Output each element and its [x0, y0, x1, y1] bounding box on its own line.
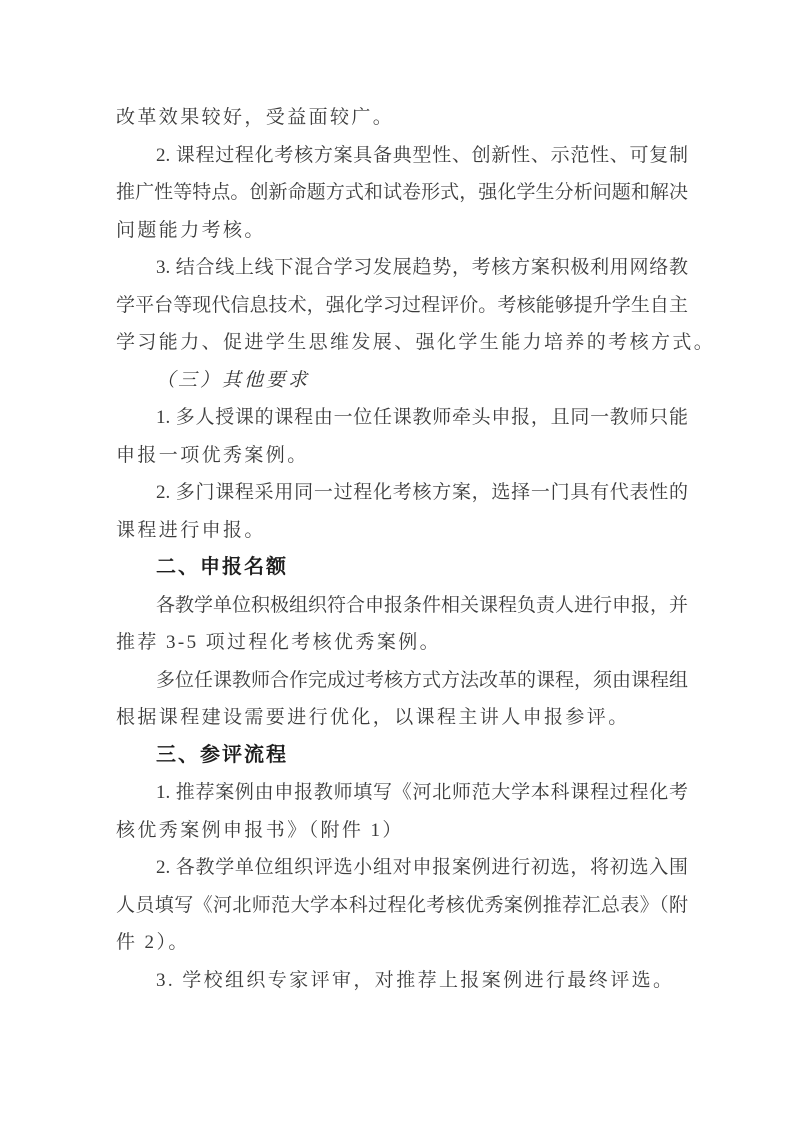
text-line: 各教学单位积极组织符合申报条件相关课程负责人进行申报，并	[116, 587, 688, 625]
document-body: 改革效果较好，受益面较广。2. 课程过程化考核方案具备典型性、创新性、示范性、可…	[116, 99, 688, 999]
text-line: 问题能力考核。	[116, 212, 688, 250]
document-page: 改革效果较好，受益面较广。2. 课程过程化考核方案具备典型性、创新性、示范性、可…	[0, 0, 800, 1131]
text-line: 2. 课程过程化考核方案具备典型性、创新性、示范性、可复制	[116, 137, 688, 175]
text-line: 件 2）。	[116, 924, 688, 962]
text-line: 人员填写《河北师范大学本科过程化考核优秀案例推荐汇总表》（附	[116, 887, 688, 925]
text-line: 1. 推荐案例由申报教师填写《河北师范大学本科课程过程化考	[116, 774, 688, 812]
text-line: 课程进行申报。	[116, 512, 688, 550]
sub-heading: （三）其他要求	[116, 362, 688, 400]
text-line: 改革效果较好，受益面较广。	[116, 99, 688, 137]
text-line: 3. 学校组织专家评审，对推荐上报案例进行最终评选。	[116, 962, 688, 1000]
text-line: 推荐 3-5 项过程化考核优秀案例。	[116, 624, 688, 662]
text-line: 推广性等特点。创新命题方式和试卷形式，强化学生分析问题和解决	[116, 174, 688, 212]
text-line: 核优秀案例申报书》（附件 1）	[116, 812, 688, 850]
text-line: 学习能力、促进学生思维发展、强化学生能力培养的考核方式。	[116, 324, 688, 362]
text-line: 学平台等现代信息技术，强化学习过程评价。考核能够提升学生自主	[116, 287, 688, 325]
text-line: 根据课程建设需要进行优化，以课程主讲人申报参评。	[116, 699, 688, 737]
text-line: 2. 各教学单位组织评选小组对申报案例进行初选，将初选入围	[116, 849, 688, 887]
text-line: 1. 多人授课的课程由一位任课教师牵头申报，且同一教师只能	[116, 399, 688, 437]
section-heading: 二、申报名额	[116, 549, 688, 587]
text-line: 申报一项优秀案例。	[116, 437, 688, 475]
text-line: 多位任课教师合作完成过考核方式方法改革的课程，须由课程组	[116, 662, 688, 700]
text-line: 3. 结合线上线下混合学习发展趋势，考核方案积极利用网络教	[116, 249, 688, 287]
text-line: 2. 多门课程采用同一过程化考核方案，选择一门具有代表性的	[116, 474, 688, 512]
section-heading: 三、参评流程	[116, 737, 688, 775]
